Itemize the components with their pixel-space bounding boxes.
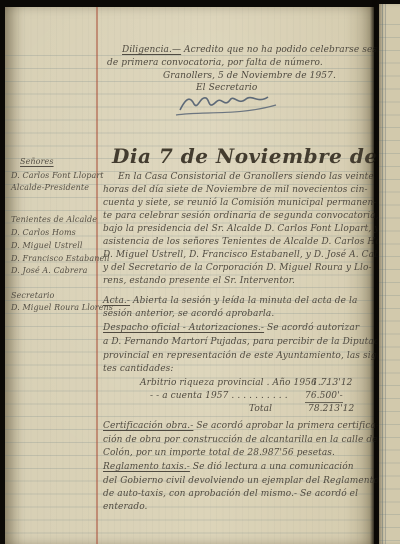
margin-secretario-heading: Secretario	[11, 290, 54, 301]
body-line: te para celebrar sesión ordinaria de seg…	[103, 211, 379, 222]
page-gutter-shadow	[370, 0, 379, 544]
certificacion-section-line1: Certificación obra.- Se acordó aprobar l…	[103, 421, 379, 432]
body-line: tes cantidades:	[103, 364, 174, 375]
diligencia-heading: Diligencia.—	[122, 45, 181, 55]
acta-section-line1: Acta.- Abierta la sesión y leída la minu…	[103, 296, 357, 307]
diligencia-note-line2: de primera convocatoria, por falta de nú…	[107, 58, 323, 69]
body-line: bajo la presidencia del Sr. Alcalde D. C…	[103, 224, 379, 235]
body-line: asistencia de los señores Tenientes de A…	[103, 237, 397, 248]
body-line: y del Secretario de la Corporación D. Mi…	[103, 263, 372, 274]
body-line: a D. Fernando Martorí Pujadas, para perc…	[103, 337, 393, 348]
secretary-signature	[172, 90, 282, 118]
body-line: de auto-taxis, con aprobación del mismo.…	[103, 489, 358, 500]
diligencia-note-line1: Diligencia.— Acredito que no ha podido c…	[122, 45, 392, 56]
despacho-section-line1: Despacho oficial - Autorizaciones.- Se a…	[103, 323, 359, 334]
body-line: provincial en representación de este Ayu…	[103, 351, 400, 362]
amount-total-value: 78.213'12	[308, 404, 354, 415]
amount-row1-value: 1.713'12	[312, 378, 353, 389]
body-line: cuenta y siete, se reunió la Comisión mu…	[103, 198, 377, 209]
margin-teniente-3: D. Francisco Estabanell	[11, 253, 110, 264]
margin-secretario-name: D. Miguel Roura Llorens	[11, 302, 113, 313]
body-line: D. Miguel Ustrell, D. Francisco Estabane…	[103, 250, 400, 261]
despacho-heading: Despacho oficial - Autorizaciones.-	[103, 323, 264, 333]
reglamento-heading: Reglamento taxis.-	[103, 462, 190, 472]
session-title: Dia 7 de Noviembre de 1957	[112, 144, 400, 168]
margin-teniente-2: D. Miguel Ustrell	[11, 240, 83, 251]
amount-row2-label: - - a cuenta 1957 . . . . . . . . . .	[150, 391, 288, 402]
adjacent-page-ruled-lines	[379, 24, 400, 544]
body-line: ción de obra por construcción de alcanta…	[103, 435, 378, 446]
body-line: enterado.	[103, 502, 148, 513]
certificacion-heading: Certificación obra.-	[103, 421, 193, 431]
margin-alcalde-role: Alcalde-Presidente	[11, 182, 89, 193]
body-line: En la Casa Consistorial de Granollers si…	[118, 172, 374, 183]
diligencia-dateline: Granollers, 5 de Noviembre de 1957.	[163, 71, 336, 82]
amount-total-label: Total	[249, 404, 272, 415]
body-line: horas del día siete de Noviembre de mil …	[103, 185, 368, 196]
body-line: rens, estando presente el Sr. Intervento…	[103, 276, 295, 287]
margin-senores-heading: Señores	[20, 156, 54, 167]
margin-tenientes-heading: Tenientes de Alcalde	[11, 214, 97, 225]
margin-rule	[96, 7, 98, 544]
amount-row1-label: Arbitrio riqueza provincial . Año 1956 .…	[140, 378, 335, 389]
scanned-minutes-photo: Diligencia.— Acredito que no ha podido c…	[0, 0, 400, 544]
margin-teniente-4: D. José A. Cabrera	[11, 265, 87, 276]
margin-teniente-1: D. Carlos Homs	[11, 227, 76, 238]
acta-section-line2: sesión anterior, se acordó aprobarla.	[103, 309, 274, 320]
body-line: Colón, por un importe total de 28.987'56…	[103, 448, 335, 459]
reglamento-section-line1: Reglamento taxis.- Se dió lectura a una …	[103, 462, 354, 473]
acta-heading: Acta.-	[103, 296, 130, 306]
adjacent-page-edge	[379, 4, 400, 544]
amount-row2-value: 76.500'-	[305, 391, 343, 402]
body-line: del Gobierno civil devolviendo un ejempl…	[103, 476, 379, 487]
margin-alcalde-name: D. Carlos Font Llopart	[11, 170, 104, 181]
